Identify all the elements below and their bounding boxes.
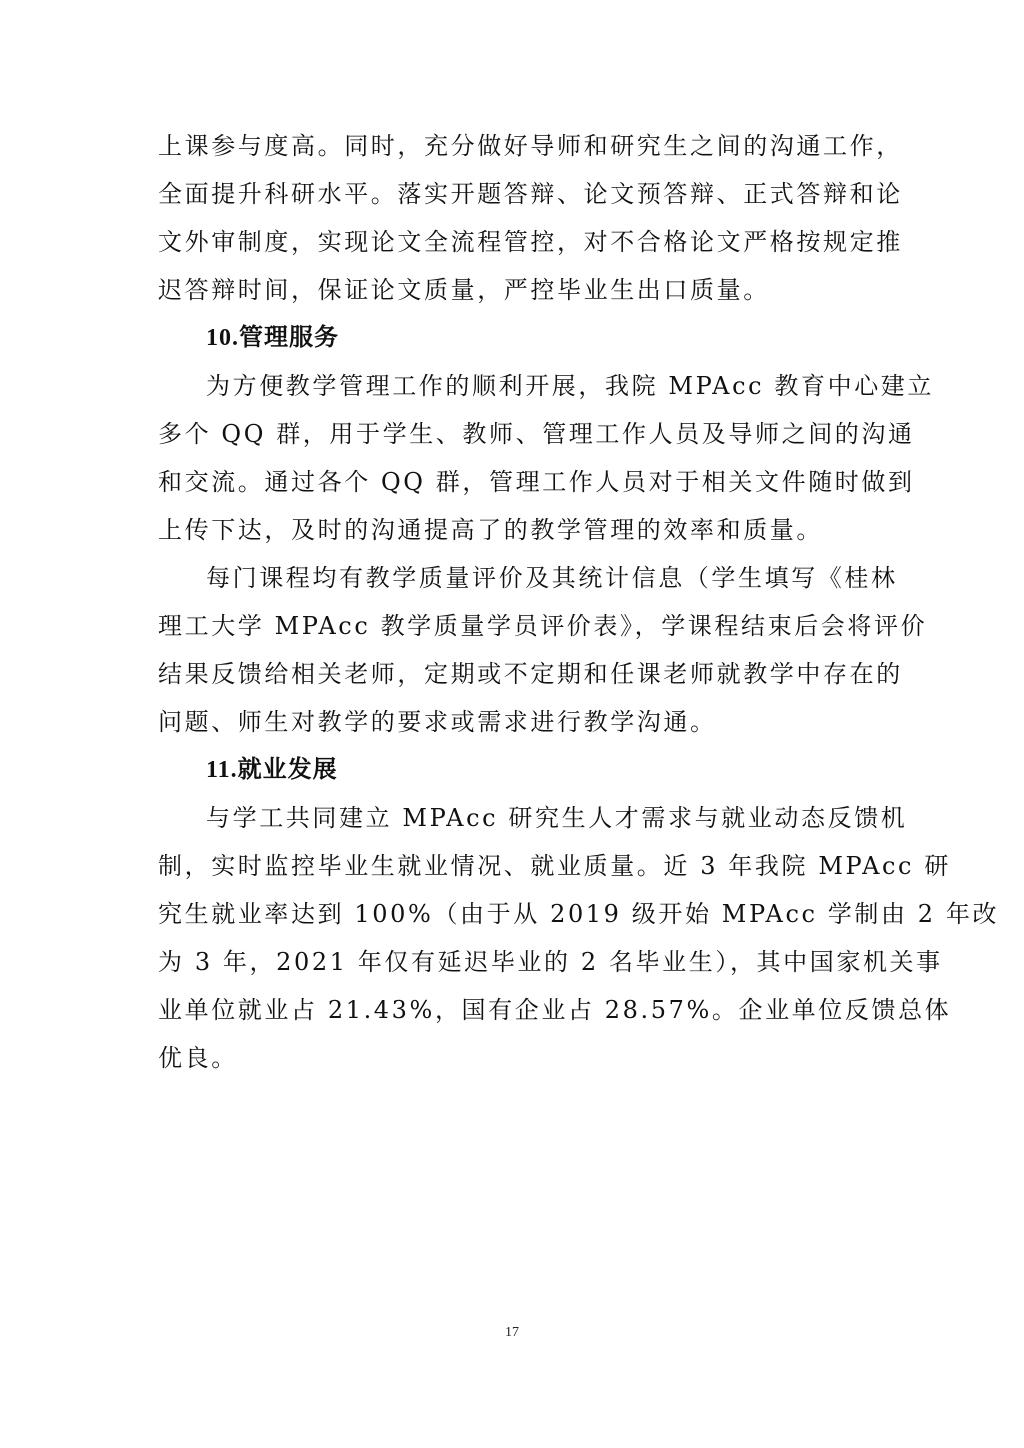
paragraph: 与学工共同建立 MPAcc 研究生人才需求与就业动态反馈机 制，实时监控毕业生就… — [158, 794, 870, 1082]
section-employment-development: 11.就业发展 与学工共同建立 MPAcc 研究生人才需求与就业动态反馈机 制，… — [158, 746, 870, 1082]
paragraph: 为方便教学管理工作的顺利开展，我院 MPAcc 教育中心建立 多个 QQ 群，用… — [158, 362, 870, 554]
text-line: 文外审制度，实现论文全流程管控，对不合格论文严格按规定推 — [158, 218, 870, 266]
section-management-service: 10.管理服务 为方便教学管理工作的顺利开展，我院 MPAcc 教育中心建立 多… — [158, 314, 870, 746]
text-line: 制，实时监控毕业生就业情况、就业质量。近 3 年我院 MPAcc 研 — [158, 842, 870, 890]
text-line: 迟答辩时间，保证论文质量，严控毕业生出口质量。 — [158, 266, 870, 314]
text-line: 多个 QQ 群，用于学生、教师、管理工作人员及导师之间的沟通 — [158, 410, 870, 458]
text-line: 业单位就业占 21.43%，国有企业占 28.57%。企业单位反馈总体 — [158, 986, 870, 1034]
section-heading: 10.管理服务 — [158, 314, 870, 362]
paragraph: 每门课程均有教学质量评价及其统计信息（学生填写《桂林 理工大学 MPAcc 教学… — [158, 554, 870, 746]
text-line: 为 3 年，2021 年仅有延迟毕业的 2 名毕业生），其中国家机关事 — [158, 938, 870, 986]
text-line: 为方便教学管理工作的顺利开展，我院 MPAcc 教育中心建立 — [158, 362, 870, 410]
intro-paragraph: 上课参与度高。同时，充分做好导师和研究生之间的沟通工作， 全面提升科研水平。落实… — [158, 122, 870, 314]
text-line: 与学工共同建立 MPAcc 研究生人才需求与就业动态反馈机 — [158, 794, 870, 842]
text-line: 究生就业率达到 100%（由于从 2019 级开始 MPAcc 学制由 2 年改 — [158, 890, 870, 938]
text-line: 上传下达，及时的沟通提高了的教学管理的效率和质量。 — [158, 506, 870, 554]
text-line: 理工大学 MPAcc 教学质量学员评价表》，学课程结束后会将评价 — [158, 602, 870, 650]
document-page: 上课参与度高。同时，充分做好导师和研究生之间的沟通工作， 全面提升科研水平。落实… — [158, 122, 870, 1082]
text-line: 每门课程均有教学质量评价及其统计信息（学生填写《桂林 — [158, 554, 870, 602]
text-line: 问题、师生对教学的要求或需求进行教学沟通。 — [158, 698, 870, 746]
text-line: 结果反馈给相关老师，定期或不定期和任课老师就教学中存在的 — [158, 650, 870, 698]
section-heading: 11.就业发展 — [158, 746, 870, 794]
text-line: 和交流。通过各个 QQ 群，管理工作人员对于相关文件随时做到 — [158, 458, 870, 506]
text-line: 全面提升科研水平。落实开题答辩、论文预答辩、正式答辩和论 — [158, 170, 870, 218]
text-line: 上课参与度高。同时，充分做好导师和研究生之间的沟通工作， — [158, 122, 870, 170]
text-line: 优良。 — [158, 1034, 870, 1082]
page-number: 17 — [0, 1325, 1024, 1341]
